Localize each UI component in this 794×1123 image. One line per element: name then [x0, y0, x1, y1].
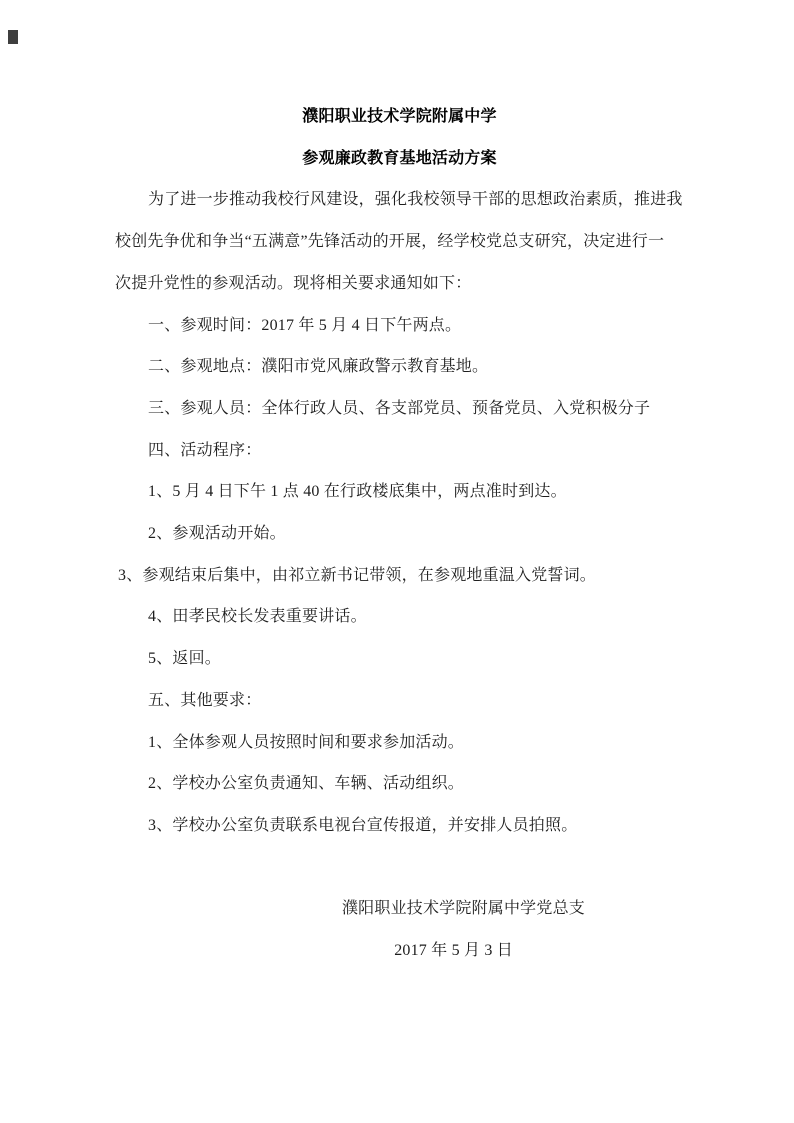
procedure-step-1: 1、5 月 4 日下午 1 点 40 在行政楼底集中，两点准时到达。	[115, 471, 694, 513]
school-title: 濮阳职业技术学院附属中学	[105, 96, 694, 138]
requirement-3: 3、学校办公室负责联系电视台宣传报道，并安排人员拍照。	[115, 805, 694, 847]
procedure-step-3: 3、参观结束后集中，由祁立新书记带领，在参观地重温入党誓词。	[115, 555, 694, 597]
requirement-2: 2、学校办公室负责通知、车辆、活动组织。	[115, 763, 694, 805]
page-corner-mark	[8, 30, 18, 44]
intro-line-2: 校创先争优和争当“五满意”先锋活动的开展，经学校党总支研究，决定进行一	[115, 221, 694, 263]
intro-line-3: 次提升党性的参观活动。现将相关要求通知如下：	[115, 263, 694, 305]
signature-date: 2017 年 5 月 3 日	[115, 930, 694, 972]
signature-org: 濮阳职业技术学院附属中学党总支	[115, 888, 694, 930]
procedure-step-5: 5、返回。	[115, 638, 694, 680]
procedure-step-2: 2、参观活动开始。	[115, 513, 694, 555]
requirement-1: 1、全体参观人员按照时间和要求参加活动。	[115, 722, 694, 764]
item-procedure-heading: 四、活动程序：	[115, 430, 694, 472]
item-personnel: 三、参观人员：全体行政人员、各支部党员、预备党员、入党积极分子	[115, 388, 694, 430]
blank-line	[115, 847, 694, 889]
intro-line-1: 为了进一步推动我校行风建设，强化我校领导干部的思想政治素质，推进我	[115, 179, 694, 221]
document-page: 濮阳职业技术学院附属中学 参观廉政教育基地活动方案 为了进一步推动我校行风建设，…	[0, 0, 794, 1123]
item-other-requirements-heading: 五、其他要求：	[115, 680, 694, 722]
doc-title: 参观廉政教育基地活动方案	[105, 138, 694, 180]
item-place: 二、参观地点：濮阳市党风廉政警示教育基地。	[115, 346, 694, 388]
procedure-step-4: 4、田孝民校长发表重要讲话。	[115, 596, 694, 638]
item-time: 一、参观时间：2017 年 5 月 4 日下午两点。	[115, 305, 694, 347]
